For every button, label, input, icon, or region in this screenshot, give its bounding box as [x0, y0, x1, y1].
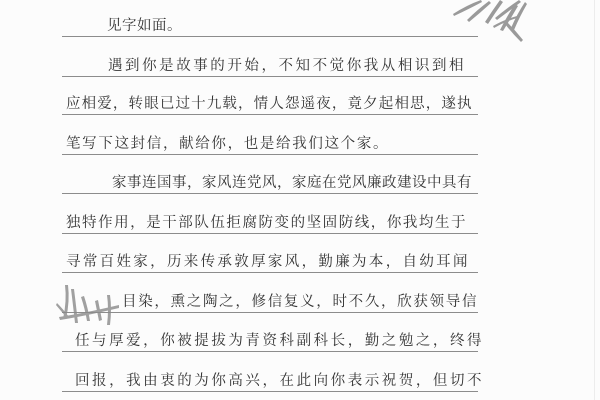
page-edge — [594, 0, 595, 400]
ruled-line — [62, 114, 478, 115]
ruled-line — [62, 272, 478, 273]
letter-greeting: 见字如面。 — [107, 17, 182, 35]
letter-line: 目染，熏之陶之，修信复义，时不久，欣获领导信 — [122, 293, 477, 311]
handwritten-letter-page: 见字如面。 遇到你是故事的开始，不知不觉你我从相识到相 应相爱，转眼已过十九载，… — [0, 0, 600, 400]
letter-line: 遇到你是故事的开始，不知不觉你我从相识到相 — [108, 57, 464, 75]
letter-line: 笔写下这封信，献给你，也是给我们这个家。 — [66, 135, 388, 153]
letter-line: 回报，我由衷的为你高兴，在此向你表示祝贺，但切不 — [75, 372, 482, 390]
letter-line: 寻常百姓家，历来传承敦厚家风，勤廉为本，自幼耳闻 — [66, 253, 468, 271]
bamboo-leaves-icon — [55, 283, 125, 328]
ruled-line — [62, 391, 478, 392]
letter-line: 独特作用，是干部队伍拒腐防变的坚固防线，你我均生于 — [66, 214, 466, 232]
ruled-line — [62, 154, 478, 155]
ruled-line — [62, 351, 478, 352]
ruled-line — [62, 233, 478, 234]
letter-line: 应相爱，转眼已过十九载，情人怨遥夜，竟夕起相思，遂执 — [66, 95, 472, 113]
ruled-line — [62, 76, 478, 77]
letter-line: 家事连国事，家风连党风，家庭在党风廉政建设中具有 — [112, 174, 468, 192]
letter-line: 任与厚爱，你被提拔为青资科副科长，勤之勉之，终得 — [75, 332, 482, 350]
ruled-line — [62, 36, 478, 37]
bamboo-leaves-icon — [445, 0, 540, 45]
ruled-line — [62, 193, 478, 194]
